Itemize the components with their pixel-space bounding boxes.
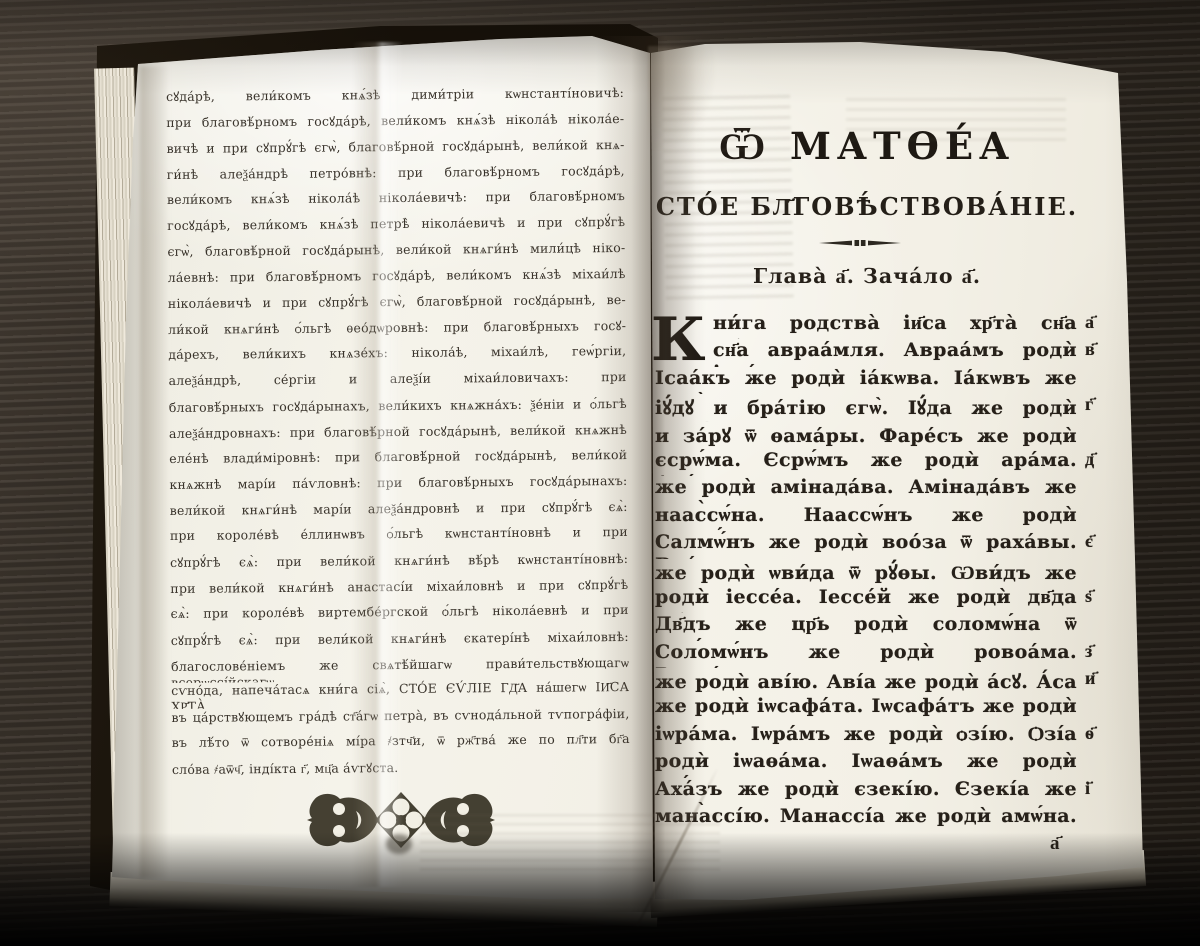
- open-book-photo: сꙋда́рѣ, вели́комъ кнѧ́зѣ дими́тріи кѡнс…: [0, 0, 1200, 946]
- left-page-text-line: ла́евнѣ: при благовѣ́рномъ госꙋда́рѣ, ве…: [168, 265, 626, 295]
- verse-text: манассі́ю. Манассі́а же родѝ амѡ́на.: [655, 805, 1077, 832]
- verse-number: є҃: [1085, 531, 1093, 552]
- verse-number: і҃: [1085, 778, 1090, 799]
- left-page-text-line: алеѯа́ндрѣ, се́ргіи и алеѯі́и міхаи́лови…: [168, 369, 626, 399]
- left-page-text-line: сꙋпрꙋ́гѣ єѧ̀: при вели́кой кнѧги́нѣ вѣ́р…: [170, 550, 628, 580]
- left-page-text-line: ги́нѣ алеѯа́ндрѣ петро́внѣ: при благовѣ́…: [167, 162, 625, 192]
- divider-ornament-icon: [818, 234, 902, 253]
- right-page-text-line: Дв҃дъ же цр҃ь родѝ соломѡ́на ѿ оурі́ины.: [655, 613, 1077, 640]
- verse-text: ни́га родства̀ іи҃са хр҃та̀ сн҃а дв҃дова…: [655, 312, 1077, 339]
- verse-text: іꙋ́дꙋ и бра́тію єгѡ̀. Іꙋ́да же родѝ фаре…: [655, 394, 1077, 421]
- verse-text: же родѝ аві́ю. Аві́а же родѝ а́сꙋ. А́са: [655, 668, 1077, 695]
- left-page-text-line: при вели́кой кнѧги́нѣ анастасі́и міхаи́л…: [170, 576, 628, 606]
- right-page-text-line: сн҃а авраа́мля. Авраа́мъ родѝ ісаа́ка.в҃: [655, 339, 1077, 366]
- verse-text: Соломѡ́нъ же родѝ ровоа́ма. Ровоа́мъ: [655, 641, 1077, 668]
- left-page-text-line: благовѣ́рныхъ госꙋда́рынахъ, вели́кихъ к…: [169, 395, 627, 425]
- verse-text: родѝ іессе́а. Іессе́й же родѝ дв҃да цр҃ѧ…: [655, 586, 1077, 613]
- left-page-text-line: нікола́евичѣ и при сꙋпрꙋ́гѣ єгѡ̀, благов…: [168, 291, 626, 321]
- left-page-text-line: єѧ̀: при короле́вѣ виртембе́ргской ѻ́льг…: [171, 602, 629, 632]
- verse-text: же родѝ іѡсафа́та. Іѡсафа́тъ же родѝ: [655, 695, 1077, 722]
- left-page-text-line: кнѧжнѣ марі́и па́ѵловнѣ: при благовѣ́рны…: [169, 472, 627, 502]
- right-page-text-line: Салмѡ́нъ же родѝ воо́за ѿ раха́вы. Воо́з…: [655, 531, 1077, 558]
- right-page-text-line: и за́рꙋ ѿ ѳама́ры. Фаре́съ же родѝ: [655, 422, 1077, 449]
- left-page-text-line: єгѡ̀, благовѣ́рной госꙋда́рынѣ, вели́кой…: [167, 239, 625, 269]
- left-page-text-line: въ лѣ́то ѿ сотворе́ніѧ мі́ра ҂зтч҃и, ѿ р…: [172, 731, 630, 761]
- right-page-text-line: ни́га родства̀ іи҃са хр҃та̀ сн҃а дв҃дова…: [655, 312, 1077, 339]
- verse-text: родѝ іѡаѳа́ма. Іѡаѳа́мъ же родѝ аха́за.: [655, 750, 1077, 777]
- left-page-text-line: благослове́ніемъ же свѧтѣ́йшагѡ прави́те…: [171, 654, 629, 684]
- verse-number: в҃: [1085, 339, 1095, 360]
- left-page-text-line: госꙋда́рѣ, вели́комъ кнѧ́зѣ петрѣ̀ нікол…: [167, 213, 625, 243]
- right-page-text-line: Соломѡ́нъ же родѝ ровоа́ма. Ровоа́мъз҃: [655, 641, 1077, 668]
- verse-text: же родѝ ѡви́да ѿ рꙋ́ѳы. Ѡви́дъ же: [655, 559, 1077, 586]
- right-page-text-line: іꙋ́дꙋ и бра́тію єгѡ̀. Іꙋ́да же родѝ фаре…: [655, 394, 1077, 421]
- left-page-text-line: при короле́вѣ е́ллинѡвъ ѻ́льгѣ кѡнстанті…: [170, 524, 628, 554]
- left-page-text-line: вели́комъ кнѧ́зѣ нікола́ѣ нікола́евичѣ: …: [167, 188, 625, 218]
- left-page-text-line: при благовѣ́рномъ госꙋда́рѣ, вели́комъ к…: [166, 110, 624, 140]
- page-stain: [386, 834, 412, 854]
- verse-number: д҃: [1085, 449, 1095, 470]
- right-page-text-line: же родѝ аві́ю. Аві́а же родѝ а́сꙋ. А́саи…: [655, 668, 1077, 695]
- verse-text: єсрѡ́ма. Єсрѡ́мъ же родѝ ара́ма. Ара́мъ: [655, 449, 1077, 476]
- left-page-text-line: сло́ва ҂аѿч҃, інді́кта г҃, мц҃а а́ѵгꙋста…: [172, 757, 630, 787]
- left-page-text-line: въ ца́рствꙋющемъ гра́дѣ ст҃а́гѡ петра̀, …: [171, 705, 629, 735]
- verse-text: наассѡ́на. Наассѡ́нъ же родѝ салмѡ́на.: [655, 504, 1077, 531]
- gospel-title: Ѿ МАТѲЕ́А: [655, 124, 1079, 169]
- right-page-text-line: іѡра́ма. Іѡра́мъ же родѝ ѻзі́ю. Ѻзі́а же…: [655, 723, 1077, 750]
- verse-text: сн҃а авраа́мля. Авраа́мъ родѝ ісаа́ка.: [655, 339, 1077, 366]
- verse-text: Дв҃дъ же цр҃ь родѝ соломѡ́на ѿ оурі́ины.: [655, 613, 1077, 640]
- verse-number: а҃: [1085, 312, 1094, 333]
- verse-text: же родѝ амінада́ва. Амінада́въ же родѝ: [655, 476, 1077, 503]
- chapter-heading: Глава̀ а҃. Зача́ло а҃.: [655, 264, 1079, 289]
- left-page-text-line: да́рехъ, вели́кихъ кнѧзе́хъ: нікола́ѣ, м…: [168, 343, 626, 373]
- verse-number: г҃: [1085, 394, 1094, 415]
- verse-text: іѡра́ма. Іѡра́мъ же родѝ ѻзі́ю. Ѻзі́а же: [655, 723, 1077, 750]
- left-page-text-line: алеѯа́ндровнахъ: при благовѣ́рной госꙋда…: [169, 421, 627, 451]
- right-page-text-line: же родѝ ѡви́да ѿ рꙋ́ѳы. Ѡви́дъ же: [655, 559, 1077, 586]
- right-page-text-block: К ни́га родства̀ іи҃са хр҃та̀ сн҃а дв҃до…: [655, 312, 1077, 832]
- left-page-text-line: сꙋда́рѣ, вели́комъ кнѧ́зѣ дими́тріи кѡнс…: [166, 84, 624, 114]
- verse-text: Ісаа́къ же родѝ іа́кѡва. Іа́кѡвъ же родѝ: [655, 367, 1077, 394]
- verse-number: ѕ҃: [1085, 586, 1092, 607]
- left-page-text-line: сѵно́да, напеча́тасѧ кни́га сіѧ̀, СТО́Е …: [171, 679, 629, 709]
- signature-mark: а҃: [1050, 832, 1060, 855]
- verse-text: Аха́зъ же родѝ єзекі́ю. Єзекі́а же родѝ: [655, 778, 1077, 805]
- left-page-text-line: вичѣ и при сꙋпрꙋ́гѣ єгѡ̀, благовѣ́рной г…: [166, 136, 624, 166]
- left-page-text-line: ли́кой кнѧги́нѣ ѻ́льгѣ ѳео́дѡровнѣ: при …: [168, 317, 626, 347]
- right-page-text-line: Ісаа́къ же родѝ іа́кѡва. Іа́кѡвъ же родѝ: [655, 367, 1077, 394]
- right-page-text-line: єсрѡ́ма. Єсрѡ́мъ же родѝ ара́ма. Ара́мъд…: [655, 449, 1077, 476]
- verse-text: и за́рꙋ ѿ ѳама́ры. Фаре́съ же родѝ: [655, 422, 1077, 449]
- verse-number: ѳ҃: [1085, 723, 1094, 744]
- verse-number: з҃: [1085, 641, 1093, 662]
- right-page-text-line: Аха́зъ же родѝ єзекі́ю. Єзекі́а же родѝі…: [655, 778, 1077, 805]
- left-page-text-line: вели́кой кнѧги́нѣ марі́и алеѯа́ндровнѣ и…: [170, 498, 628, 528]
- right-page-text-line: родѝ іѡаѳа́ма. Іѡаѳа́мъ же родѝ аха́за.: [655, 750, 1077, 777]
- right-page-text-line: же родѝ іѡсафа́та. Іѡсафа́тъ же родѝ: [655, 695, 1077, 722]
- right-page-text-line: же родѝ амінада́ва. Амінада́въ же родѝ: [655, 476, 1077, 503]
- left-page-text-line: сꙋпрꙋ́гѣ єѧ̀: при вели́кой кнѧги́нѣ єкат…: [171, 628, 629, 658]
- verse-number: и҃: [1085, 668, 1096, 689]
- verse-text: Салмѡ́нъ же родѝ воо́за ѿ раха́вы. Воо́з…: [655, 531, 1077, 558]
- left-page-text-block: сꙋда́рѣ, вели́комъ кнѧ́зѣ дими́тріи кѡнс…: [166, 84, 630, 787]
- right-page-text-line: наассѡ́на. Наассѡ́нъ же родѝ салмѡ́на.: [655, 504, 1077, 531]
- left-page-text-line: еле́нѣ влади́міровнѣ: при благовѣ́рной г…: [169, 446, 627, 476]
- gospel-subtitle: СТО́Е БЛ҃ГОВѢ́СТВОВА́НІЕ.: [655, 192, 1079, 222]
- right-page-text-line: родѝ іессе́а. Іессе́й же родѝ дв҃да цр҃ѧ…: [655, 586, 1077, 613]
- right-page-text-line: манассі́ю. Манассі́а же родѝ амѡ́на.: [655, 805, 1077, 832]
